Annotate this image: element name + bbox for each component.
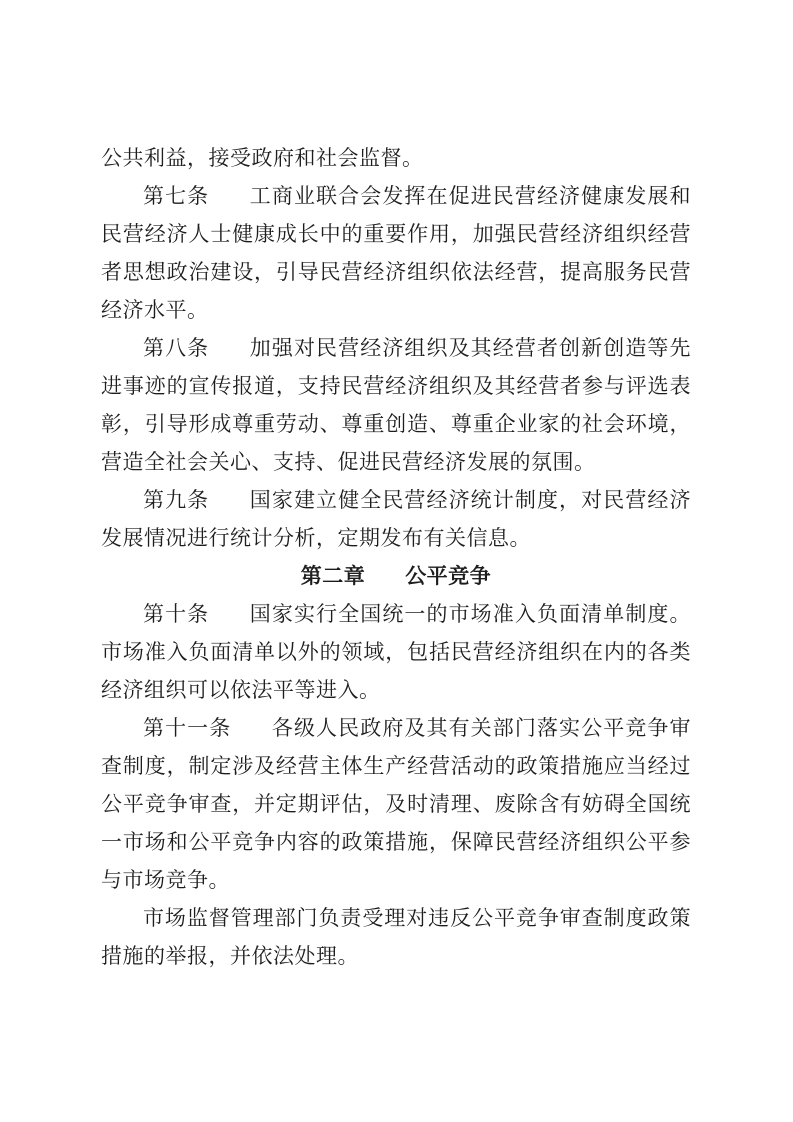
- article-11-second-paragraph: 市场监督管理部门负责受理对违反公平竞争审查制度政策措施的举报，并依法处理。: [101, 899, 691, 975]
- article-11-paragraph: 第十一条各级人民政府及其有关部门落实公平竞争审查制度，制定涉及经营主体生产经营活…: [101, 709, 691, 899]
- article-11-text: 各级人民政府及其有关部门落实公平竞争审查制度，制定涉及经营主体生产经营活动的政策…: [101, 716, 691, 892]
- article-9-paragraph: 第九条国家建立健全民营经济统计制度，对民营经济发展情况进行统计分析，定期发布有关…: [101, 481, 691, 557]
- article-11-number: 第十一条: [143, 716, 231, 740]
- article-10-paragraph: 第十条国家实行全国统一的市场准入负面清单制度。市场准入负面清单以外的领域，包括民…: [101, 595, 691, 709]
- article-7-number: 第七条: [143, 184, 209, 208]
- chapter-2-number: 第二章: [301, 563, 366, 588]
- chapter-2-title: 公平竞争: [405, 563, 491, 588]
- document-page: 公共利益，接受政府和社会监督。 第七条工商业联合会发挥在促进民营经济健康发展和民…: [0, 0, 793, 1122]
- article-8-number: 第八条: [143, 336, 209, 360]
- paragraph-continuation: 公共利益，接受政府和社会监督。: [101, 139, 691, 177]
- article-10-number: 第十条: [143, 602, 209, 626]
- chapter-2-heading: 第二章公平竞争: [101, 557, 691, 595]
- article-8-paragraph: 第八条加强对民营经济组织及其经营者创新创造等先进事迹的宣传报道，支持民营经济组织…: [101, 329, 691, 481]
- article-7-paragraph: 第七条工商业联合会发挥在促进民营经济健康发展和民营经济人士健康成长中的重要作用，…: [101, 177, 691, 329]
- article-9-number: 第九条: [143, 488, 209, 512]
- document-body: 公共利益，接受政府和社会监督。 第七条工商业联合会发挥在促进民营经济健康发展和民…: [101, 139, 691, 975]
